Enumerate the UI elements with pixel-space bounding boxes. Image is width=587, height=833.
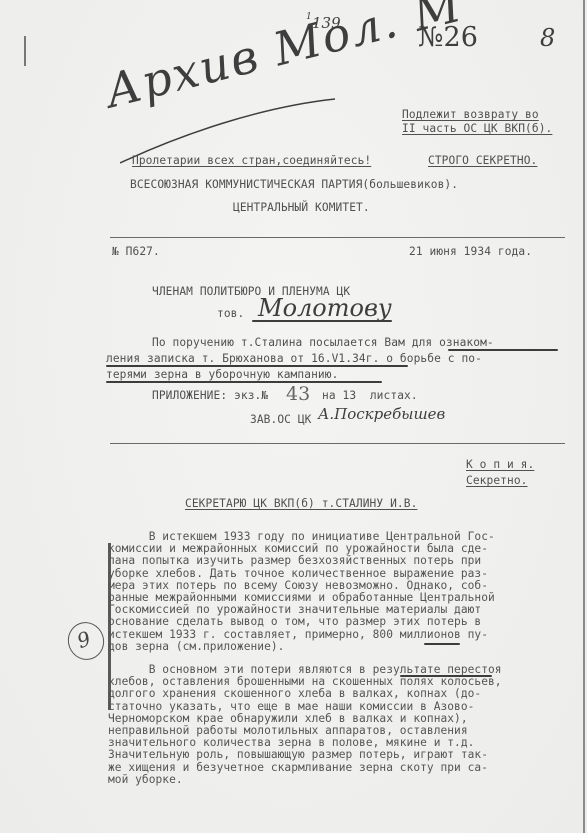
copy-label: К о п и я. [466,458,534,471]
header-divider [110,237,565,238]
classification-stamp: СТРОГО СЕКРЕТНО. [428,154,537,167]
text-line: статочно указать, что еще в мае наши ком… [108,701,502,713]
text-line: основание сделать вывод о том, что разме… [108,616,495,628]
handwritten-signature: А.Поскребышев [318,405,445,423]
attachment-pages: на 13 листах. [322,389,418,402]
pen-underline-1 [448,349,558,351]
memo-date: 21 июня 1934 года. [409,245,532,258]
copy-addressee: СЕКРЕТАРЮ ЦК ВКП(б) т.СТАЛИНУ И.В. [185,497,417,510]
paragraph-2: В основном эти потери являются в результ… [108,664,502,786]
memo-body-line2: ления записка т. Брюханова от 16.V1.34г.… [106,352,482,365]
pen-underline-result [400,675,492,677]
handwritten-copy-number: 43 [286,383,310,405]
return-notice-line2: II часть ОС ЦК ВКП(б). [402,122,552,135]
memo-body-line3: терями зерна в уборочную кампанию. [106,368,338,381]
secrecy-label: Секретно. [466,474,528,487]
memo-divider [110,443,565,444]
paragraph-1: В истекшем 1933 году по инициативе Центр… [108,531,495,653]
addressee-underline [252,320,392,322]
margin-mark-text: 9 [74,626,94,653]
handwritten-sheet-suffix: 8 [540,24,555,52]
comrade-prefix: тов. [217,307,244,320]
text-line: же хищения и безучетное скармливание зер… [108,762,502,774]
text-line: истекшем 1933 г. составляет, примерно, 8… [108,629,495,641]
text-line: долгого хранения скошенного хлеба в валк… [108,688,502,700]
slogan: Пролетарии всех стран,соединяйтесь! [132,154,371,167]
committee-name: ЦЕНТРАЛЬНЫЙ КОМИТЕТ. [233,201,370,214]
pen-underline-800 [424,643,460,645]
pen-underline-2 [106,365,408,367]
handwritten-addressee: Молотову [258,294,392,322]
attachment-label: ПРИЛОЖЕНИЕ: экз.№ [152,389,268,402]
return-notice-line1: Подлежит возврату во [402,108,539,121]
margin-tick [24,36,26,66]
document-page: 1 139 №26 8 Архив Мол. М Подлежит возвра… [0,0,587,833]
text-line: Значительную роль, повышающую размер пот… [108,749,502,761]
pen-underline-3 [106,381,382,383]
party-name: ВСЕСОЮЗНАЯ КОММУНИСТИЧЕСКАЯ ПАРТИЯ(больш… [130,178,458,191]
margin-circle-mark: 9 [63,617,110,665]
memo-number: № П627. [112,245,160,258]
text-line: мой уборке. [108,774,502,786]
text-line: лана попытка изучить размер безхозяйстве… [108,555,495,567]
text-line: уборке хлебов. Дать точное количественно… [108,568,495,580]
signatory-title: ЗАВ.ОС ЦК [250,413,312,426]
memo-body-line1: По поручению т.Сталина посылается Вам дл… [152,336,494,349]
scan-edge [583,0,585,833]
